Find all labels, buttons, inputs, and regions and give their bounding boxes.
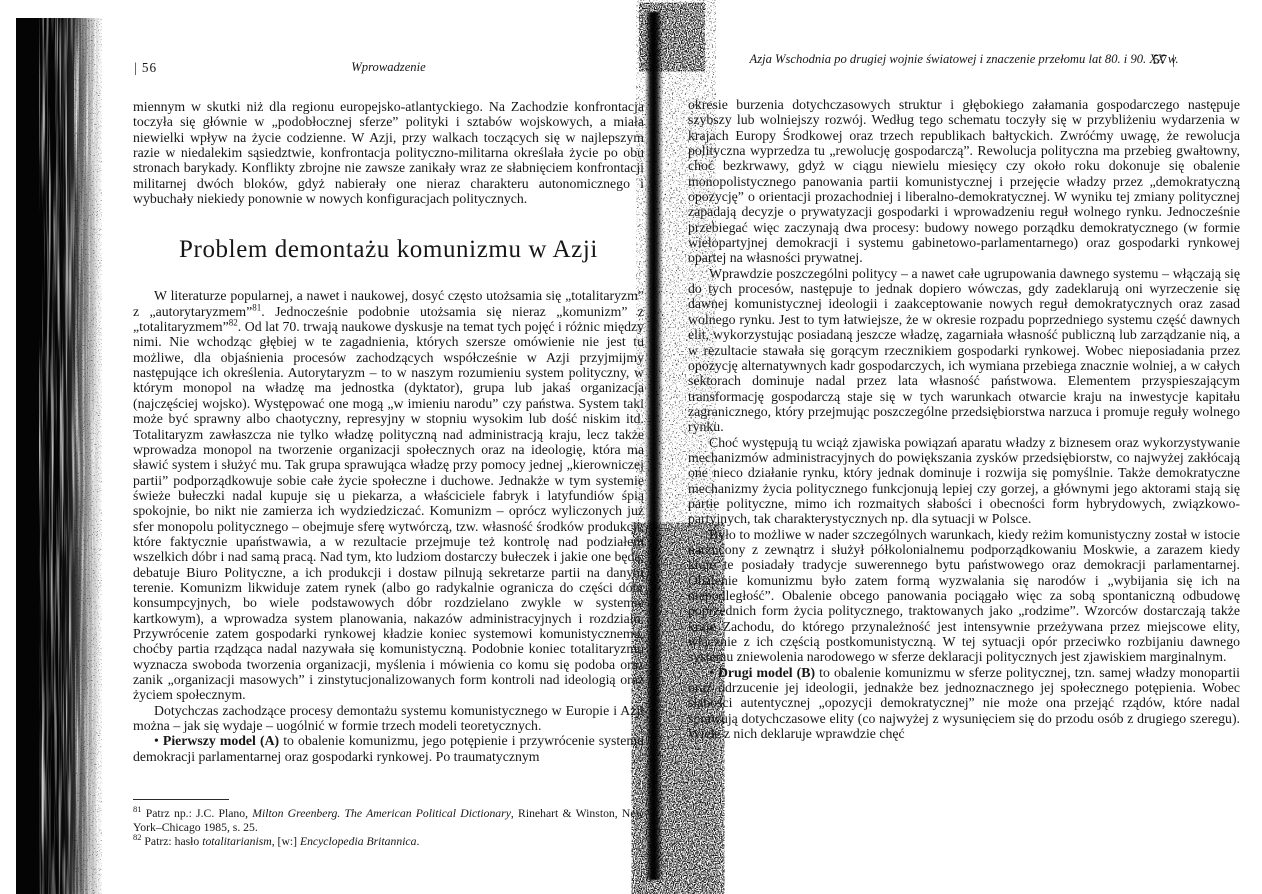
paragraph-text: . Od lat 70. trwają naukowe dyskusje na … [133,319,644,702]
footnote-number: 81 [133,804,142,814]
model-b-label: Drugi model (B) [718,665,815,680]
footnote-title-italic: Encyclopedia Britannica [300,835,417,848]
page-number-right: 57 | [1153,52,1176,68]
page-number-left: | 56 [134,60,157,76]
body-paragraph: Wprawdzie poszczególni politycy – a nawe… [688,266,1240,435]
footnote-text: . [416,835,419,848]
left-page: | 56 Wprowadzenie miennym w skutki niż d… [133,60,644,796]
footnote-number: 82 [133,832,142,842]
body-paragraph: miennym w skutki niż dla regionu europej… [133,99,644,206]
footnote-text: Patrz np.: J.C. Plano, [142,807,253,820]
footnote-rule [133,799,229,800]
left-page-header: | 56 Wprowadzenie [133,60,644,77]
body-paragraph: Choć występują tu wciąż zjawiska powiąza… [688,435,1240,527]
footnotes-block: 81 Patrz np.: J.C. Plano, Milton Greenbe… [133,799,644,848]
body-paragraph: Dotychczas zachodzące procesy demontażu … [133,703,644,734]
footnote-term-italic: totalitarianism [202,835,272,848]
bullet-paragraph: • Drugi model (B) to obalenie komunizmu … [688,665,1240,742]
body-paragraph: W literaturze popularnej, a nawet i nauk… [133,288,644,702]
bullet-icon: • [709,665,718,680]
footnote-text: , [w:] [272,835,300,848]
footnote-title-italic: Milton Greenberg. The American Political… [252,807,511,820]
bullet-paragraph: • Pierwszy model (A) to obalenie komuniz… [133,733,644,764]
section-heading: Problem demontażu komunizmu w Azji [133,236,644,264]
footnote-ref-82: 82 [229,318,238,328]
right-page-header: Azja Wschodnia po drugiej wojnie światow… [688,52,1240,69]
footnote-82: 82 Patrz: hasło totalitarianism, [w:] En… [133,835,644,849]
bullet-icon: • [154,733,163,748]
running-head-left: Wprowadzenie [133,60,644,75]
footnote-81: 81 Patrz np.: J.C. Plano, Milton Greenbe… [133,807,644,835]
footnote-text: Patrz: hasło [142,835,203,848]
footnote-ref-81: 81 [252,302,261,312]
right-page: Azja Wschodnia po drugiej wojnie światow… [688,52,1240,882]
body-paragraph: okresie burzenia dotychczasowych struktu… [688,97,1240,266]
model-a-label: Pierwszy model (A) [163,733,279,748]
scan-edge-streak-texture [16,18,102,894]
body-paragraph: Było to możliwe w nader szczególnych war… [688,527,1240,665]
